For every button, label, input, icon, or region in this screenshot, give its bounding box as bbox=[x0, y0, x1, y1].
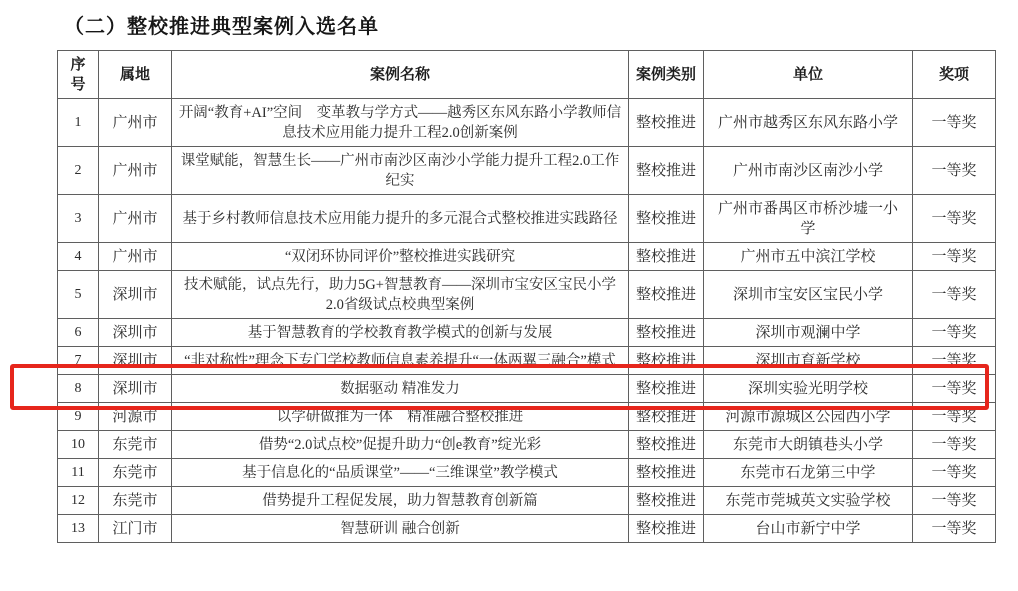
cell-name: 基于信息化的“品质课堂”——“三维课堂”教学模式 bbox=[172, 459, 629, 487]
cell-name: 基于乡村教师信息技术应用能力提升的多元混合式整校推进实践路径 bbox=[172, 195, 629, 243]
cell-region: 东莞市 bbox=[99, 487, 172, 515]
cell-category: 整校推进 bbox=[629, 459, 704, 487]
cell-award: 一等奖 bbox=[913, 515, 996, 543]
cell-category: 整校推进 bbox=[629, 375, 704, 403]
cell-award: 一等奖 bbox=[913, 375, 996, 403]
cell-region: 河源市 bbox=[99, 403, 172, 431]
cell-region: 深圳市 bbox=[99, 347, 172, 375]
header-award: 奖项 bbox=[913, 51, 996, 99]
cell-unit: 深圳市宝安区宝民小学 bbox=[704, 271, 913, 319]
cell-name: 借势提升工程促发展，助力智慧教育创新篇 bbox=[172, 487, 629, 515]
cell-no: 3 bbox=[58, 195, 99, 243]
cell-unit: 东莞市石龙第三中学 bbox=[704, 459, 913, 487]
section-title: （二）整校推进典型案例入选名单 bbox=[64, 10, 379, 39]
cell-category: 整校推进 bbox=[629, 403, 704, 431]
table-row: 13 江门市 智慧研训 融合创新 整校推进 台山市新宁中学 一等奖 bbox=[58, 515, 996, 543]
cell-name: “双闭环协同评价”整校推进实践研究 bbox=[172, 243, 629, 271]
cell-unit: 广州市越秀区东风东路小学 bbox=[704, 99, 913, 147]
cell-region: 东莞市 bbox=[99, 459, 172, 487]
cell-name: 技术赋能，试点先行，助力5G+智慧教育——深圳市宝安区宝民小学2.0省级试点校典… bbox=[172, 271, 629, 319]
cell-category: 整校推进 bbox=[629, 243, 704, 271]
cell-no: 4 bbox=[58, 243, 99, 271]
table-row: 9 河源市 以学研做推为一体 精准融合整校推进 整校推进 河源市源城区公园西小学… bbox=[58, 403, 996, 431]
document-page: （二）整校推进典型案例入选名单 序号 属地 案例名称 案例类别 单位 奖项 1 … bbox=[0, 0, 1018, 591]
cell-unit: 广州市南沙区南沙小学 bbox=[704, 147, 913, 195]
cell-name: 开阔“教育+AI”空间 变革教与学方式——越秀区东风东路小学教师信息技术应用能力… bbox=[172, 99, 629, 147]
cell-name: 基于智慧教育的学校教育教学模式的创新与发展 bbox=[172, 319, 629, 347]
cell-region: 江门市 bbox=[99, 515, 172, 543]
cell-region: 广州市 bbox=[99, 147, 172, 195]
cell-award: 一等奖 bbox=[913, 99, 996, 147]
cell-category: 整校推进 bbox=[629, 319, 704, 347]
cell-category: 整校推进 bbox=[629, 99, 704, 147]
cell-no: 5 bbox=[58, 271, 99, 319]
table-row: 12 东莞市 借势提升工程促发展，助力智慧教育创新篇 整校推进 东莞市莞城英文实… bbox=[58, 487, 996, 515]
cell-no: 2 bbox=[58, 147, 99, 195]
cell-region: 东莞市 bbox=[99, 431, 172, 459]
cell-unit: 河源市源城区公园西小学 bbox=[704, 403, 913, 431]
cell-no: 13 bbox=[58, 515, 99, 543]
table-body: 1 广州市 开阔“教育+AI”空间 变革教与学方式——越秀区东风东路小学教师信息… bbox=[58, 99, 996, 543]
cell-name: 数据驱动 精准发力 bbox=[172, 375, 629, 403]
cell-unit: 深圳实验光明学校 bbox=[704, 375, 913, 403]
cell-region: 深圳市 bbox=[99, 271, 172, 319]
cell-unit: 深圳市育新学校 bbox=[704, 347, 913, 375]
cell-category: 整校推进 bbox=[629, 195, 704, 243]
cell-award: 一等奖 bbox=[913, 271, 996, 319]
cell-unit: 广州市五中滨江学校 bbox=[704, 243, 913, 271]
table-row: 5 深圳市 技术赋能，试点先行，助力5G+智慧教育——深圳市宝安区宝民小学2.0… bbox=[58, 271, 996, 319]
table-row: 4 广州市 “双闭环协同评价”整校推进实践研究 整校推进 广州市五中滨江学校 一… bbox=[58, 243, 996, 271]
cell-category: 整校推进 bbox=[629, 431, 704, 459]
table-row: 10 东莞市 借势“2.0试点校”促提升助力“创e教育”绽光彩 整校推进 东莞市… bbox=[58, 431, 996, 459]
cell-award: 一等奖 bbox=[913, 195, 996, 243]
table-header-row: 序号 属地 案例名称 案例类别 单位 奖项 bbox=[58, 51, 996, 99]
cell-unit: 东莞市大朗镇巷头小学 bbox=[704, 431, 913, 459]
cell-category: 整校推进 bbox=[629, 515, 704, 543]
cell-no: 7 bbox=[58, 347, 99, 375]
header-region: 属地 bbox=[99, 51, 172, 99]
cell-award: 一等奖 bbox=[913, 487, 996, 515]
table-row: 1 广州市 开阔“教育+AI”空间 变革教与学方式——越秀区东风东路小学教师信息… bbox=[58, 99, 996, 147]
header-category: 案例类别 bbox=[629, 51, 704, 99]
cell-name: 课堂赋能，智慧生长——广州市南沙区南沙小学能力提升工程2.0工作纪实 bbox=[172, 147, 629, 195]
cell-no: 11 bbox=[58, 459, 99, 487]
table-row: 2 广州市 课堂赋能，智慧生长——广州市南沙区南沙小学能力提升工程2.0工作纪实… bbox=[58, 147, 996, 195]
cell-category: 整校推进 bbox=[629, 347, 704, 375]
cell-award: 一等奖 bbox=[913, 459, 996, 487]
cell-region: 广州市 bbox=[99, 99, 172, 147]
cell-unit: 台山市新宁中学 bbox=[704, 515, 913, 543]
header-no: 序号 bbox=[58, 51, 99, 99]
cell-unit: 广州市番禺区市桥沙墟一小学 bbox=[704, 195, 913, 243]
cell-award: 一等奖 bbox=[913, 243, 996, 271]
table-row: 3 广州市 基于乡村教师信息技术应用能力提升的多元混合式整校推进实践路径 整校推… bbox=[58, 195, 996, 243]
cell-unit: 深圳市观澜中学 bbox=[704, 319, 913, 347]
table-row: 11 东莞市 基于信息化的“品质课堂”——“三维课堂”教学模式 整校推进 东莞市… bbox=[58, 459, 996, 487]
cell-region: 广州市 bbox=[99, 243, 172, 271]
cell-no: 10 bbox=[58, 431, 99, 459]
cell-region: 深圳市 bbox=[99, 375, 172, 403]
cell-name: 以学研做推为一体 精准融合整校推进 bbox=[172, 403, 629, 431]
cell-no: 9 bbox=[58, 403, 99, 431]
cell-award: 一等奖 bbox=[913, 319, 996, 347]
cell-name: “非对称性”理念下专门学校教师信息素养提升“一体两翼三融合”模式 bbox=[172, 347, 629, 375]
table-row: 6 深圳市 基于智慧教育的学校教育教学模式的创新与发展 整校推进 深圳市观澜中学… bbox=[58, 319, 996, 347]
cell-no: 8 bbox=[58, 375, 99, 403]
cell-award: 一等奖 bbox=[913, 403, 996, 431]
cell-region: 深圳市 bbox=[99, 319, 172, 347]
table-row: 8 深圳市 数据驱动 精准发力 整校推进 深圳实验光明学校 一等奖 bbox=[58, 375, 996, 403]
cell-region: 广州市 bbox=[99, 195, 172, 243]
cell-no: 12 bbox=[58, 487, 99, 515]
cell-unit: 东莞市莞城英文实验学校 bbox=[704, 487, 913, 515]
cell-name: 借势“2.0试点校”促提升助力“创e教育”绽光彩 bbox=[172, 431, 629, 459]
table-row: 7 深圳市 “非对称性”理念下专门学校教师信息素养提升“一体两翼三融合”模式 整… bbox=[58, 347, 996, 375]
cell-category: 整校推进 bbox=[629, 147, 704, 195]
cell-award: 一等奖 bbox=[913, 347, 996, 375]
header-name: 案例名称 bbox=[172, 51, 629, 99]
cell-no: 1 bbox=[58, 99, 99, 147]
cell-award: 一等奖 bbox=[913, 431, 996, 459]
cell-no: 6 bbox=[58, 319, 99, 347]
cell-category: 整校推进 bbox=[629, 487, 704, 515]
cell-award: 一等奖 bbox=[913, 147, 996, 195]
cell-name: 智慧研训 融合创新 bbox=[172, 515, 629, 543]
header-unit: 单位 bbox=[704, 51, 913, 99]
award-table: 序号 属地 案例名称 案例类别 单位 奖项 1 广州市 开阔“教育+AI”空间 … bbox=[57, 50, 996, 543]
cell-category: 整校推进 bbox=[629, 271, 704, 319]
